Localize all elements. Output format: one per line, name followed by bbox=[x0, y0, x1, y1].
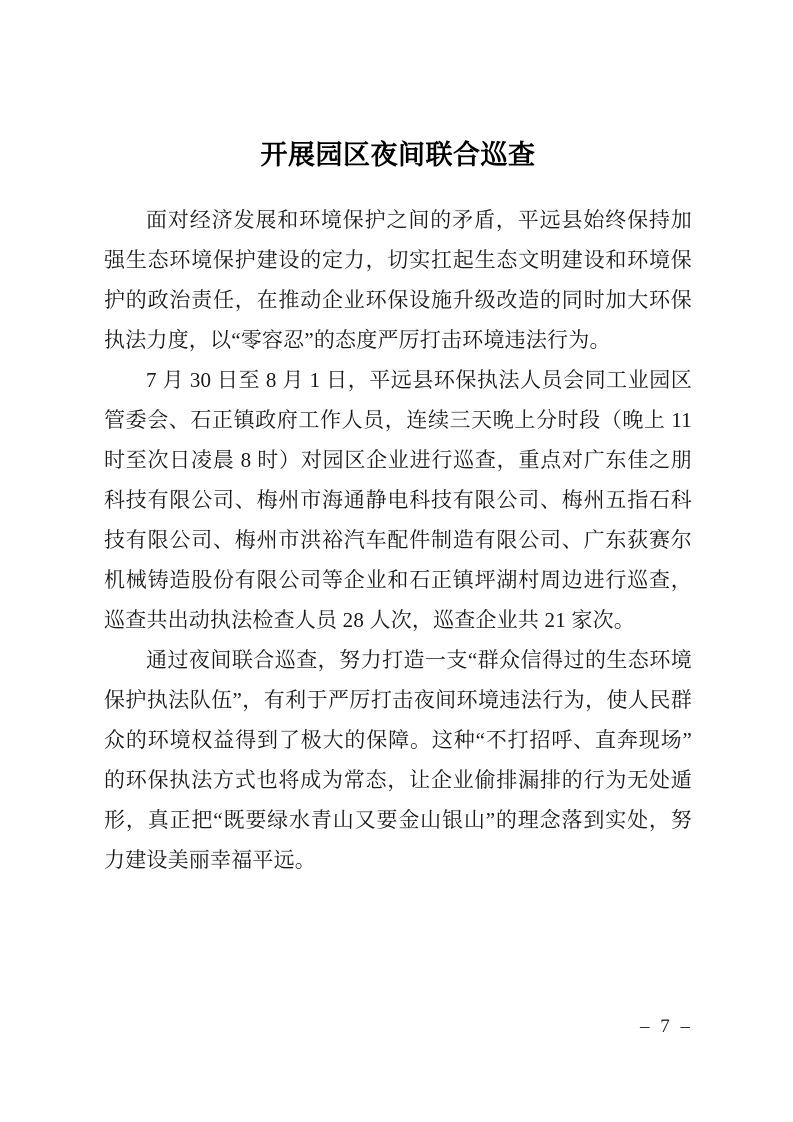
paragraph-1: 面对经济发展和环境保护之间的矛盾，平远县始终保持加强生态环境保护建设的定力，切实… bbox=[104, 200, 692, 360]
paragraph-2: 7 月 30 日至 8 月 1 日，平远县环保执法人员会同工业园区管委会、石正镇… bbox=[104, 360, 692, 640]
paragraph-3: 通过夜间联合巡查，努力打造一支“群众信得过的生态环境保护执法队伍”，有利于严厉打… bbox=[104, 640, 692, 880]
document-page: 开展园区夜间联合巡查 面对经济发展和环境保护之间的矛盾，平远县始终保持加强生态环… bbox=[0, 0, 793, 1122]
page-title: 开展园区夜间联合巡查 bbox=[104, 138, 692, 172]
page-number: – 7 – bbox=[640, 1014, 693, 1040]
document-body: 面对经济发展和环境保护之间的矛盾，平远县始终保持加强生态环境保护建设的定力，切实… bbox=[104, 200, 692, 880]
document-content: 开展园区夜间联合巡查 面对经济发展和环境保护之间的矛盾，平远县始终保持加强生态环… bbox=[104, 138, 692, 880]
